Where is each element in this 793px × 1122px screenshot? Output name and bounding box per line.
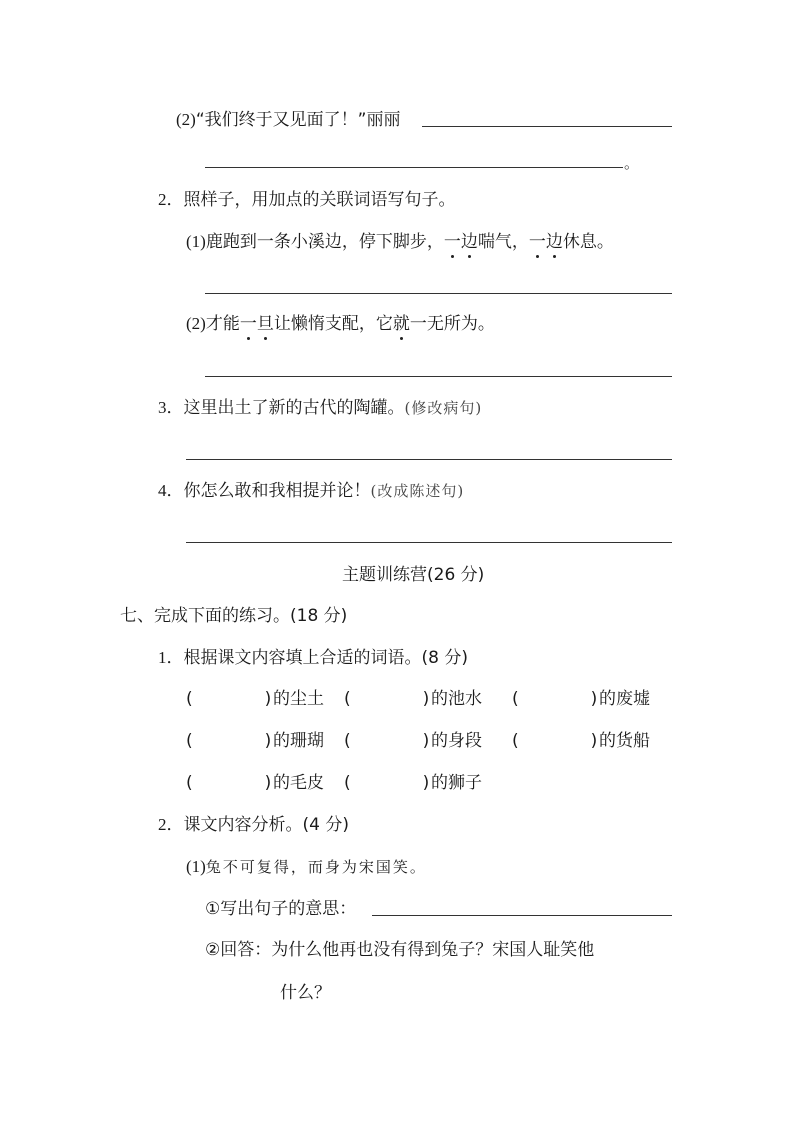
q2-item1-label: (1)	[186, 232, 206, 251]
fill-word: 的池水	[431, 689, 482, 709]
q7-sub2-number: 2．	[158, 815, 184, 834]
q2-item1-mid: 喘气，	[478, 232, 529, 252]
fill-word: 的尘土	[273, 689, 324, 709]
q1-part2: (2)“我们终于又见面了！”丽丽	[176, 110, 400, 130]
q3: 3．这里出土了新的古代的陶罐。(修改病句)	[158, 398, 482, 418]
fill-blank[interactable]: ()	[186, 689, 271, 709]
q4: 4．你怎么敢和我相提并论！(改成陈述句)	[158, 481, 464, 501]
fill-word: 的毛皮	[273, 773, 324, 793]
q4-text: 你怎么敢和我相提并论！	[184, 481, 371, 501]
section-title: 主题训练营(26 分)	[342, 565, 484, 585]
q7-sub2-qa: ①写出句子的意思：	[205, 899, 356, 919]
q2-item2-mid: 让懒惰支配，它	[274, 314, 393, 334]
q2-prompt-text: 照样子，用加点的关联词语写句子。	[184, 190, 456, 210]
fill-blank[interactable]: ()	[512, 731, 597, 751]
q2-number: 2．	[158, 190, 184, 209]
q7-sub1-number: 1．	[158, 648, 184, 667]
fill-word: 的货船	[599, 731, 650, 751]
answer-line-q2-item1[interactable]	[205, 293, 672, 294]
open-paren: (	[512, 731, 519, 751]
end-period: 。	[624, 152, 639, 173]
fill-word: 的珊瑚	[273, 731, 324, 751]
q2-item1-after: 休息。	[563, 232, 614, 252]
q2-item2-text: 才能	[206, 314, 240, 334]
q7-sub2-qb-line1: ②回答：为什么他再也没有得到兔子？宋国人耻笑他	[205, 940, 594, 960]
answer-line-meaning[interactable]	[372, 915, 672, 916]
open-paren: (	[344, 773, 351, 793]
open-paren: (	[186, 773, 193, 793]
close-paren: )	[591, 689, 598, 709]
q2-item2-label: (2)	[186, 314, 206, 333]
fill-word: 的身段	[431, 731, 482, 751]
answer-line-q2-item2[interactable]	[205, 376, 672, 377]
dotted-char: 一	[240, 314, 257, 334]
close-paren: )	[265, 773, 272, 793]
q7-sub2-item1: (1)兔不可复得，而身为宋国笑。	[186, 857, 427, 877]
q3-text: 这里出土了新的古代的陶罐。	[184, 398, 405, 418]
fill-blank[interactable]: ()	[344, 689, 429, 709]
dotted-char: 一	[444, 232, 461, 252]
fill-blank[interactable]: ()	[344, 773, 429, 793]
q3-note: (修改病句)	[405, 399, 483, 417]
answer-line-q1-part2-b[interactable]	[205, 167, 623, 168]
fill-blank[interactable]: ()	[344, 731, 429, 751]
close-paren: )	[591, 731, 598, 751]
q7-sub1-prompt-text: 根据课文内容填上合适的词语。(8 分)	[184, 648, 468, 668]
q7-sub1-prompt: 1．根据课文内容填上合适的词语。(8 分)	[158, 648, 468, 668]
close-paren: )	[265, 731, 272, 751]
close-paren: )	[423, 731, 430, 751]
fill-blank[interactable]: ()	[186, 731, 271, 751]
q7-sub2-prompt-text: 课文内容分析。(4 分)	[184, 815, 349, 835]
open-paren: (	[186, 731, 193, 751]
dotted-char: 边	[461, 232, 478, 252]
q7-sub2-item1-label: (1)	[186, 857, 206, 876]
close-paren: )	[423, 773, 430, 793]
q2-item1: (1)鹿跑到一条小溪边，停下脚步，一边喘气，一边休息。	[186, 232, 614, 252]
answer-line-q3[interactable]	[186, 459, 672, 460]
dotted-char: 边	[546, 232, 563, 252]
q3-number: 3．	[158, 398, 184, 417]
q1-part2-label: (2)	[176, 110, 196, 129]
q7-sub2-prompt: 2．课文内容分析。(4 分)	[158, 815, 349, 835]
open-paren: (	[344, 689, 351, 709]
close-paren: )	[423, 689, 430, 709]
fill-word: 的废墟	[599, 689, 650, 709]
fill-blank[interactable]: ()	[186, 773, 271, 793]
q7-sub2-qb-line2: 什么？	[280, 983, 331, 1003]
q4-number: 4．	[158, 481, 184, 500]
classical-quote: 兔不可复得，而身为宋国笑。	[206, 858, 427, 876]
q2-item2-after: 一无所为。	[410, 314, 495, 334]
open-paren: (	[344, 731, 351, 751]
open-paren: (	[186, 689, 193, 709]
answer-line-q4[interactable]	[186, 542, 672, 543]
q1-part2-text: “我们终于又见面了！”丽丽	[196, 110, 401, 130]
q2-item2: (2)才能一旦让懒惰支配，它就一无所为。	[186, 314, 495, 334]
q2-prompt: 2．照样子，用加点的关联词语写句子。	[158, 190, 456, 210]
answer-line-q1-part2-a[interactable]	[422, 126, 672, 127]
fill-word: 的狮子	[431, 773, 482, 793]
fill-blank[interactable]: ()	[512, 689, 597, 709]
dotted-char: 就	[393, 314, 410, 334]
q4-note: (改成陈述句)	[371, 482, 465, 500]
close-paren: )	[265, 689, 272, 709]
dotted-char: 旦	[257, 314, 274, 334]
open-paren: (	[512, 689, 519, 709]
q2-item1-text: 鹿跑到一条小溪边，停下脚步，	[206, 232, 444, 252]
q7-heading: 七、完成下面的练习。(18 分)	[120, 606, 347, 626]
dotted-char: 一	[529, 232, 546, 252]
